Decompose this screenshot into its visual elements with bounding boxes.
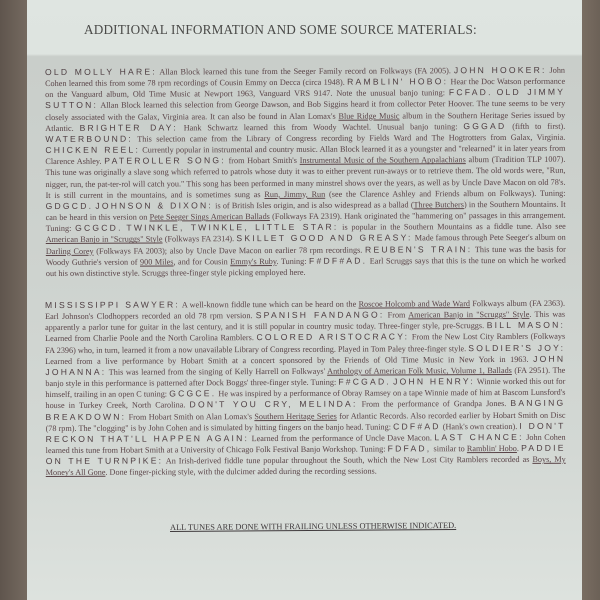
source-notes-paragraph-1: OLD MOLLY HARE: Allan Block learned this… xyxy=(45,65,566,279)
note-text: (fifth to first). xyxy=(506,122,565,131)
note-text: This was learned from the singing of Kel… xyxy=(106,367,327,377)
note-text: (Hank's own creation). xyxy=(441,422,520,431)
frailing-footnote: ALL TUNES ARE DONE WITH FRAILING UNLESS … xyxy=(170,521,456,532)
tune-title: SOLDIER'S JOY: xyxy=(468,342,565,352)
note-text: from Hobart Smith's xyxy=(226,156,300,165)
album-title: Southern Heritage Series xyxy=(254,411,337,420)
album-title: Darling Corey xyxy=(46,246,94,255)
tune-title: F#DF#AD. xyxy=(309,255,367,265)
tune-title: GCGCE. xyxy=(169,389,216,399)
tune-title: LAST CHANCE: xyxy=(434,432,523,442)
tune-title: BILL MASON: xyxy=(487,320,565,330)
backing-board-left xyxy=(0,0,27,600)
tune-title: SKILLET GOOD AND GREASY: xyxy=(236,233,412,244)
tune-title: GGGAD xyxy=(463,121,506,131)
note-text: is popular in the Southern Mountains as … xyxy=(338,222,565,232)
tune-title: CHICKEN REEL: xyxy=(45,145,140,155)
note-text: Learned from Charlie Poole and the North… xyxy=(45,334,256,344)
note-text: similar to xyxy=(431,444,467,453)
note-text: is of British Isles origin, and is also … xyxy=(213,200,414,210)
album-title: American Banjo in "Scruggs" Style xyxy=(408,310,529,320)
note-text: . Done finger-picking style, with the du… xyxy=(105,467,376,477)
tune-title: MISSISSIPPI SAWYER: xyxy=(45,299,180,310)
tune-title: DON'T YOU CRY, MELINDA: xyxy=(189,399,357,410)
note-text: Learned from the performance of Uncle Da… xyxy=(249,433,434,443)
tune-title: GDGCD. xyxy=(46,201,94,211)
album-title: Anthology of American Folk Music, Volume… xyxy=(327,366,512,376)
note-text: . Tuning: xyxy=(276,257,309,266)
tune-title: COLORED ARISTOCRACY: xyxy=(256,332,409,343)
tune-title: CDF#AD xyxy=(393,421,441,431)
tune-title: JOHN HENRY: xyxy=(393,376,475,386)
tune-title: SPANISH FANDANGO: xyxy=(256,310,385,321)
album-title: Run, Jimmy, Run xyxy=(264,189,325,198)
note-text: Hank Schwartz learned this from Woody Wa… xyxy=(178,122,464,132)
tune-title: JOHNSON & DIXON: xyxy=(95,200,213,211)
album-title: American Banjo in "Scruggs" Style xyxy=(46,235,163,245)
tune-title: BRIGHTER DAY: xyxy=(80,122,178,132)
tune-title: REUBEN'S TRAIN: xyxy=(365,244,472,254)
note-text: From xyxy=(384,311,408,320)
page-heading: ADDITIONAL INFORMATION AND SOME SOURCE M… xyxy=(84,22,477,38)
tune-title: WATERBOUND: xyxy=(45,134,133,144)
note-text: Made famous through Pete Seeger's album … xyxy=(413,233,566,243)
album-title: Roscoe Holcomb and Wade Ward xyxy=(359,299,471,308)
tune-title: FDFAD, xyxy=(388,443,432,453)
album-title: Emmy's Ruby xyxy=(230,257,276,266)
album-title: 900 Miles xyxy=(140,257,174,266)
note-text: From the performance of Grandpa Jones. xyxy=(358,399,511,409)
backing-board-right xyxy=(582,0,600,600)
tune-title: F#CGAD. xyxy=(338,377,391,387)
album-title: Three Butchers xyxy=(414,200,464,209)
note-text: From Hobart Smith on Alan Lomax's xyxy=(126,412,254,422)
album-title: Instrumental Music of the Southern Appal… xyxy=(300,155,466,165)
note-text: Allan Block learned this tune from the S… xyxy=(157,66,454,76)
note-text: A well-known fiddle tune which can be he… xyxy=(180,300,359,310)
note-text: (Folkways FA 2314). xyxy=(163,235,237,244)
note-text: This selection came from the Library of … xyxy=(133,133,565,144)
note-text: An Irish-derived fiddle tune popular thr… xyxy=(163,455,532,466)
tune-title: FCFAD. xyxy=(449,87,493,97)
tune-title: OLD MOLLY HARE: xyxy=(45,67,157,77)
tune-title: GCGCD. xyxy=(75,223,123,233)
note-text: Learned from a live performance by Hobar… xyxy=(45,355,533,366)
tune-title: RAMBLIN' HOBO: xyxy=(347,76,448,86)
tune-title: TWINKLE, TWINKLE, LITTLE STAR: xyxy=(126,222,338,233)
album-title: Blue Ridge Music xyxy=(338,111,399,120)
album-title: Ramblin' Hobo xyxy=(467,444,517,453)
note-text: , and for Cousin xyxy=(173,257,230,266)
source-notes-paragraph-2: MISSISSIPPI SAWYER: A well-known fiddle … xyxy=(45,298,566,479)
note-text: (Folkways FA 2003); also by Uncle Dave M… xyxy=(94,245,366,255)
liner-notes-page: ADDITIONAL INFORMATION AND SOME SOURCE M… xyxy=(27,0,582,600)
note-text: (see the Clarence Ashley and Friends alb… xyxy=(325,188,565,198)
album-title: Pete Seeger Sings American Ballads xyxy=(150,212,270,222)
tune-title: JOHN HOOKER: xyxy=(454,65,547,75)
tune-title: PATEROLLER SONG: xyxy=(104,155,226,166)
